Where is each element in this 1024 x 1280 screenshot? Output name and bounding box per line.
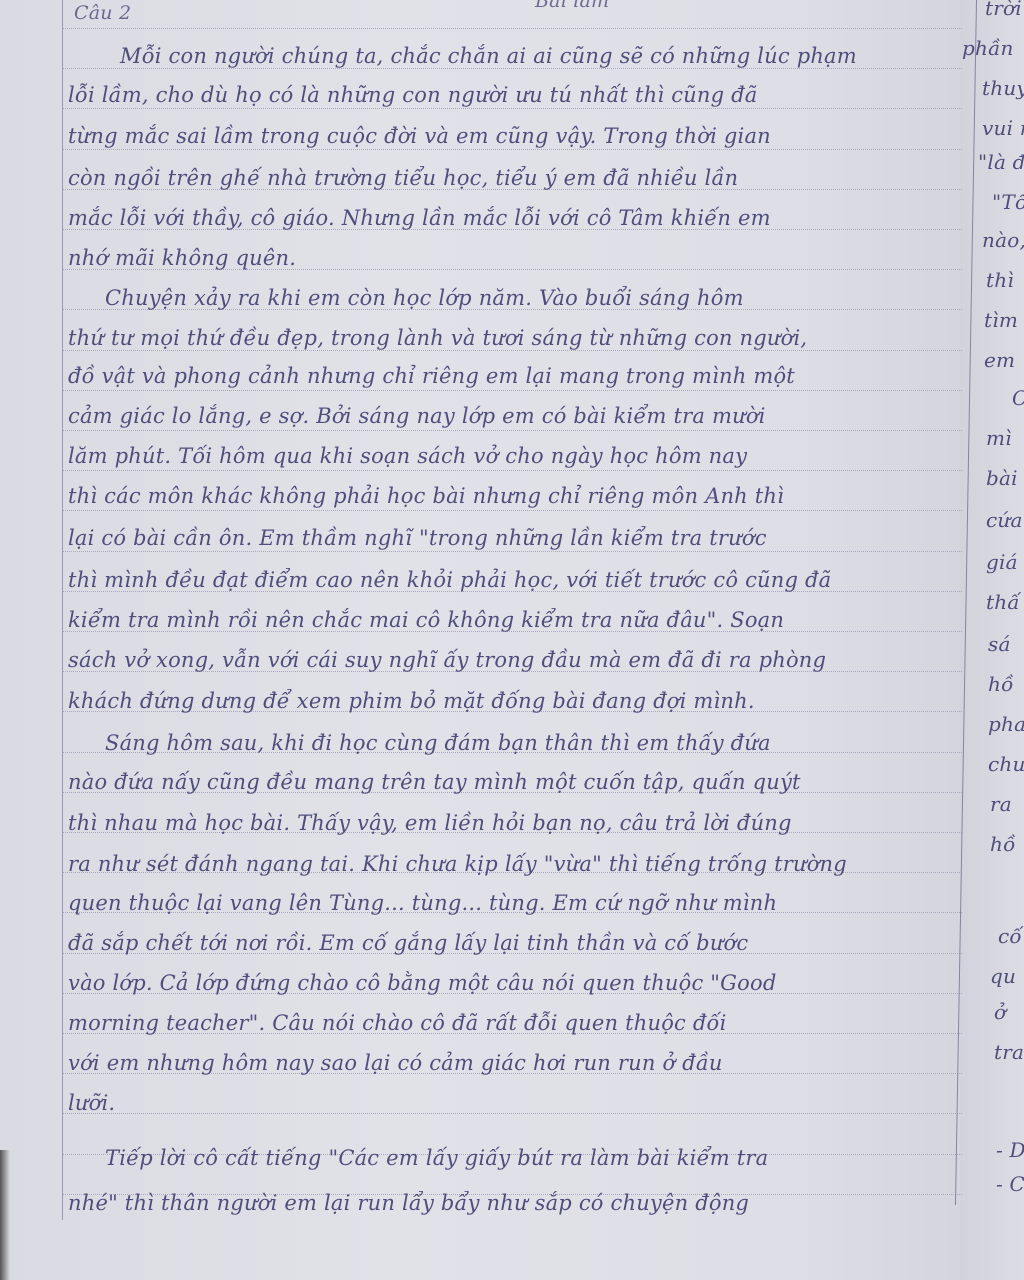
fragment: tra — [994, 1040, 1024, 1064]
fragment: thuy — [982, 76, 1024, 100]
ruling-line — [62, 551, 962, 552]
text-line: thì mình đều đạt điểm cao nên khỏi phải … — [68, 568, 831, 592]
fragment: thì — [986, 268, 1014, 292]
ruling-line — [62, 470, 962, 471]
ruling-line — [62, 28, 962, 29]
text-line: đồ vật và phong cảnh nhưng chỉ riêng em … — [68, 364, 795, 388]
text-line: quen thuộc lại vang lên Tùng... tùng... … — [68, 891, 777, 915]
text-line: lại có bài cần ôn. Em thầm nghĩ "trong n… — [68, 526, 767, 550]
fragment: hồ — [988, 672, 1014, 696]
text-line: khách đứng dưng để xem phim bỏ mặt đống … — [68, 689, 755, 713]
ruling-line — [62, 68, 962, 69]
left-margin-line — [62, 0, 63, 1220]
ruling-line — [62, 510, 962, 511]
text-line: đã sắp chết tới nơi rồi. Em cố gắng lấy … — [68, 931, 748, 955]
book-spine-shadow — [0, 1150, 10, 1280]
text-line: thì các môn khác không phải học bài nhưn… — [68, 484, 784, 508]
fragment: phần — [962, 36, 1014, 60]
text-line: còn ngồi trên ghế nhà trường tiểu học, t… — [68, 166, 738, 190]
text-line: thứ tư mọi thứ đều đẹp, trong lành và tư… — [68, 326, 807, 350]
fragment: tìm — [984, 308, 1018, 332]
fragment: em — [984, 348, 1015, 372]
text-line: nào đứa nấy cũng đều mang trên tay mình … — [68, 770, 801, 794]
text-line: Mỗi con người chúng ta, chắc chắn ai ai … — [120, 44, 857, 68]
text-line: ra như sét đánh ngang tai. Khi chưa kịp … — [68, 852, 847, 876]
ruling-line — [62, 1113, 962, 1114]
fragment: cứa — [986, 508, 1023, 532]
text-line: nhớ mãi không quên. — [68, 246, 296, 270]
text-line: thì nhau mà học bài. Thấy vậy, em liền h… — [68, 811, 792, 835]
fragment: chu — [988, 752, 1024, 776]
fragment: sá — [988, 632, 1011, 656]
fragment: - D — [996, 1138, 1024, 1162]
text-line: morning teacher". Câu nói chào cô đã rất… — [68, 1011, 727, 1035]
fragment: trời — [985, 0, 1022, 20]
fragment: cố — [998, 924, 1022, 948]
fragment: ra — [990, 792, 1012, 816]
text-line: mắc lỗi với thầy, cô giáo. Nhưng lần mắc… — [68, 206, 771, 230]
fragment: pha — [988, 712, 1024, 736]
ruling-line — [62, 430, 962, 431]
fragment: "Tố — [992, 190, 1024, 214]
fragment: hồ — [990, 832, 1016, 856]
text-line: lăm phút. Tối hôm qua khi soạn sách vở c… — [68, 444, 747, 468]
text-line: vào lớp. Cả lớp đứng chào cô bằng một câ… — [68, 971, 776, 995]
text-line: lưỡi. — [68, 1091, 115, 1115]
text-line: Sáng hôm sau, khi đi học cùng đám bạn th… — [105, 731, 771, 755]
text-line: nhé" thì thân người em lại run lẩy bẩy n… — [68, 1191, 749, 1215]
fragment: giá — [986, 550, 1018, 574]
fragment: - C — [996, 1172, 1024, 1196]
text-line: với em nhưng hôm nay sao lại có cảm giác… — [68, 1051, 723, 1075]
fragment: thấ — [986, 590, 1020, 614]
ruling-line — [62, 149, 962, 150]
text-line: cảm giác lo lắng, e sợ. Bởi sáng nay lớp… — [68, 404, 766, 428]
fragment: vui n — [982, 116, 1024, 140]
text-line: lỗi lầm, cho dù họ có là những con người… — [68, 83, 757, 107]
fragment: bài — [986, 466, 1018, 490]
question-label: Câu 2 — [74, 2, 131, 24]
text-line: Chuyện xảy ra khi em còn học lớp năm. Và… — [105, 286, 744, 310]
text-line: Tiếp lời cô cất tiếng "Các em lấy giấy b… — [105, 1146, 768, 1170]
essay-title: Bài làm — [535, 0, 609, 12]
notebook-left-page — [0, 0, 975, 1280]
fragment: "là đ — [978, 150, 1024, 174]
fragment: nào, — [982, 228, 1024, 252]
fragment: C — [1012, 386, 1024, 410]
fragment: qu — [990, 964, 1016, 988]
fragment: ở — [994, 1000, 1006, 1024]
text-line: sách vở xong, vẫn với cái suy nghĩ ấy tr… — [68, 648, 826, 672]
fragment: mì — [986, 426, 1012, 450]
ruling-line — [62, 390, 962, 391]
text-line: kiểm tra mình rồi nên chắc mai cô không … — [68, 608, 784, 632]
text-line: từng mắc sai lầm trong cuộc đời và em cũ… — [68, 124, 771, 148]
ruling-line — [62, 108, 962, 109]
